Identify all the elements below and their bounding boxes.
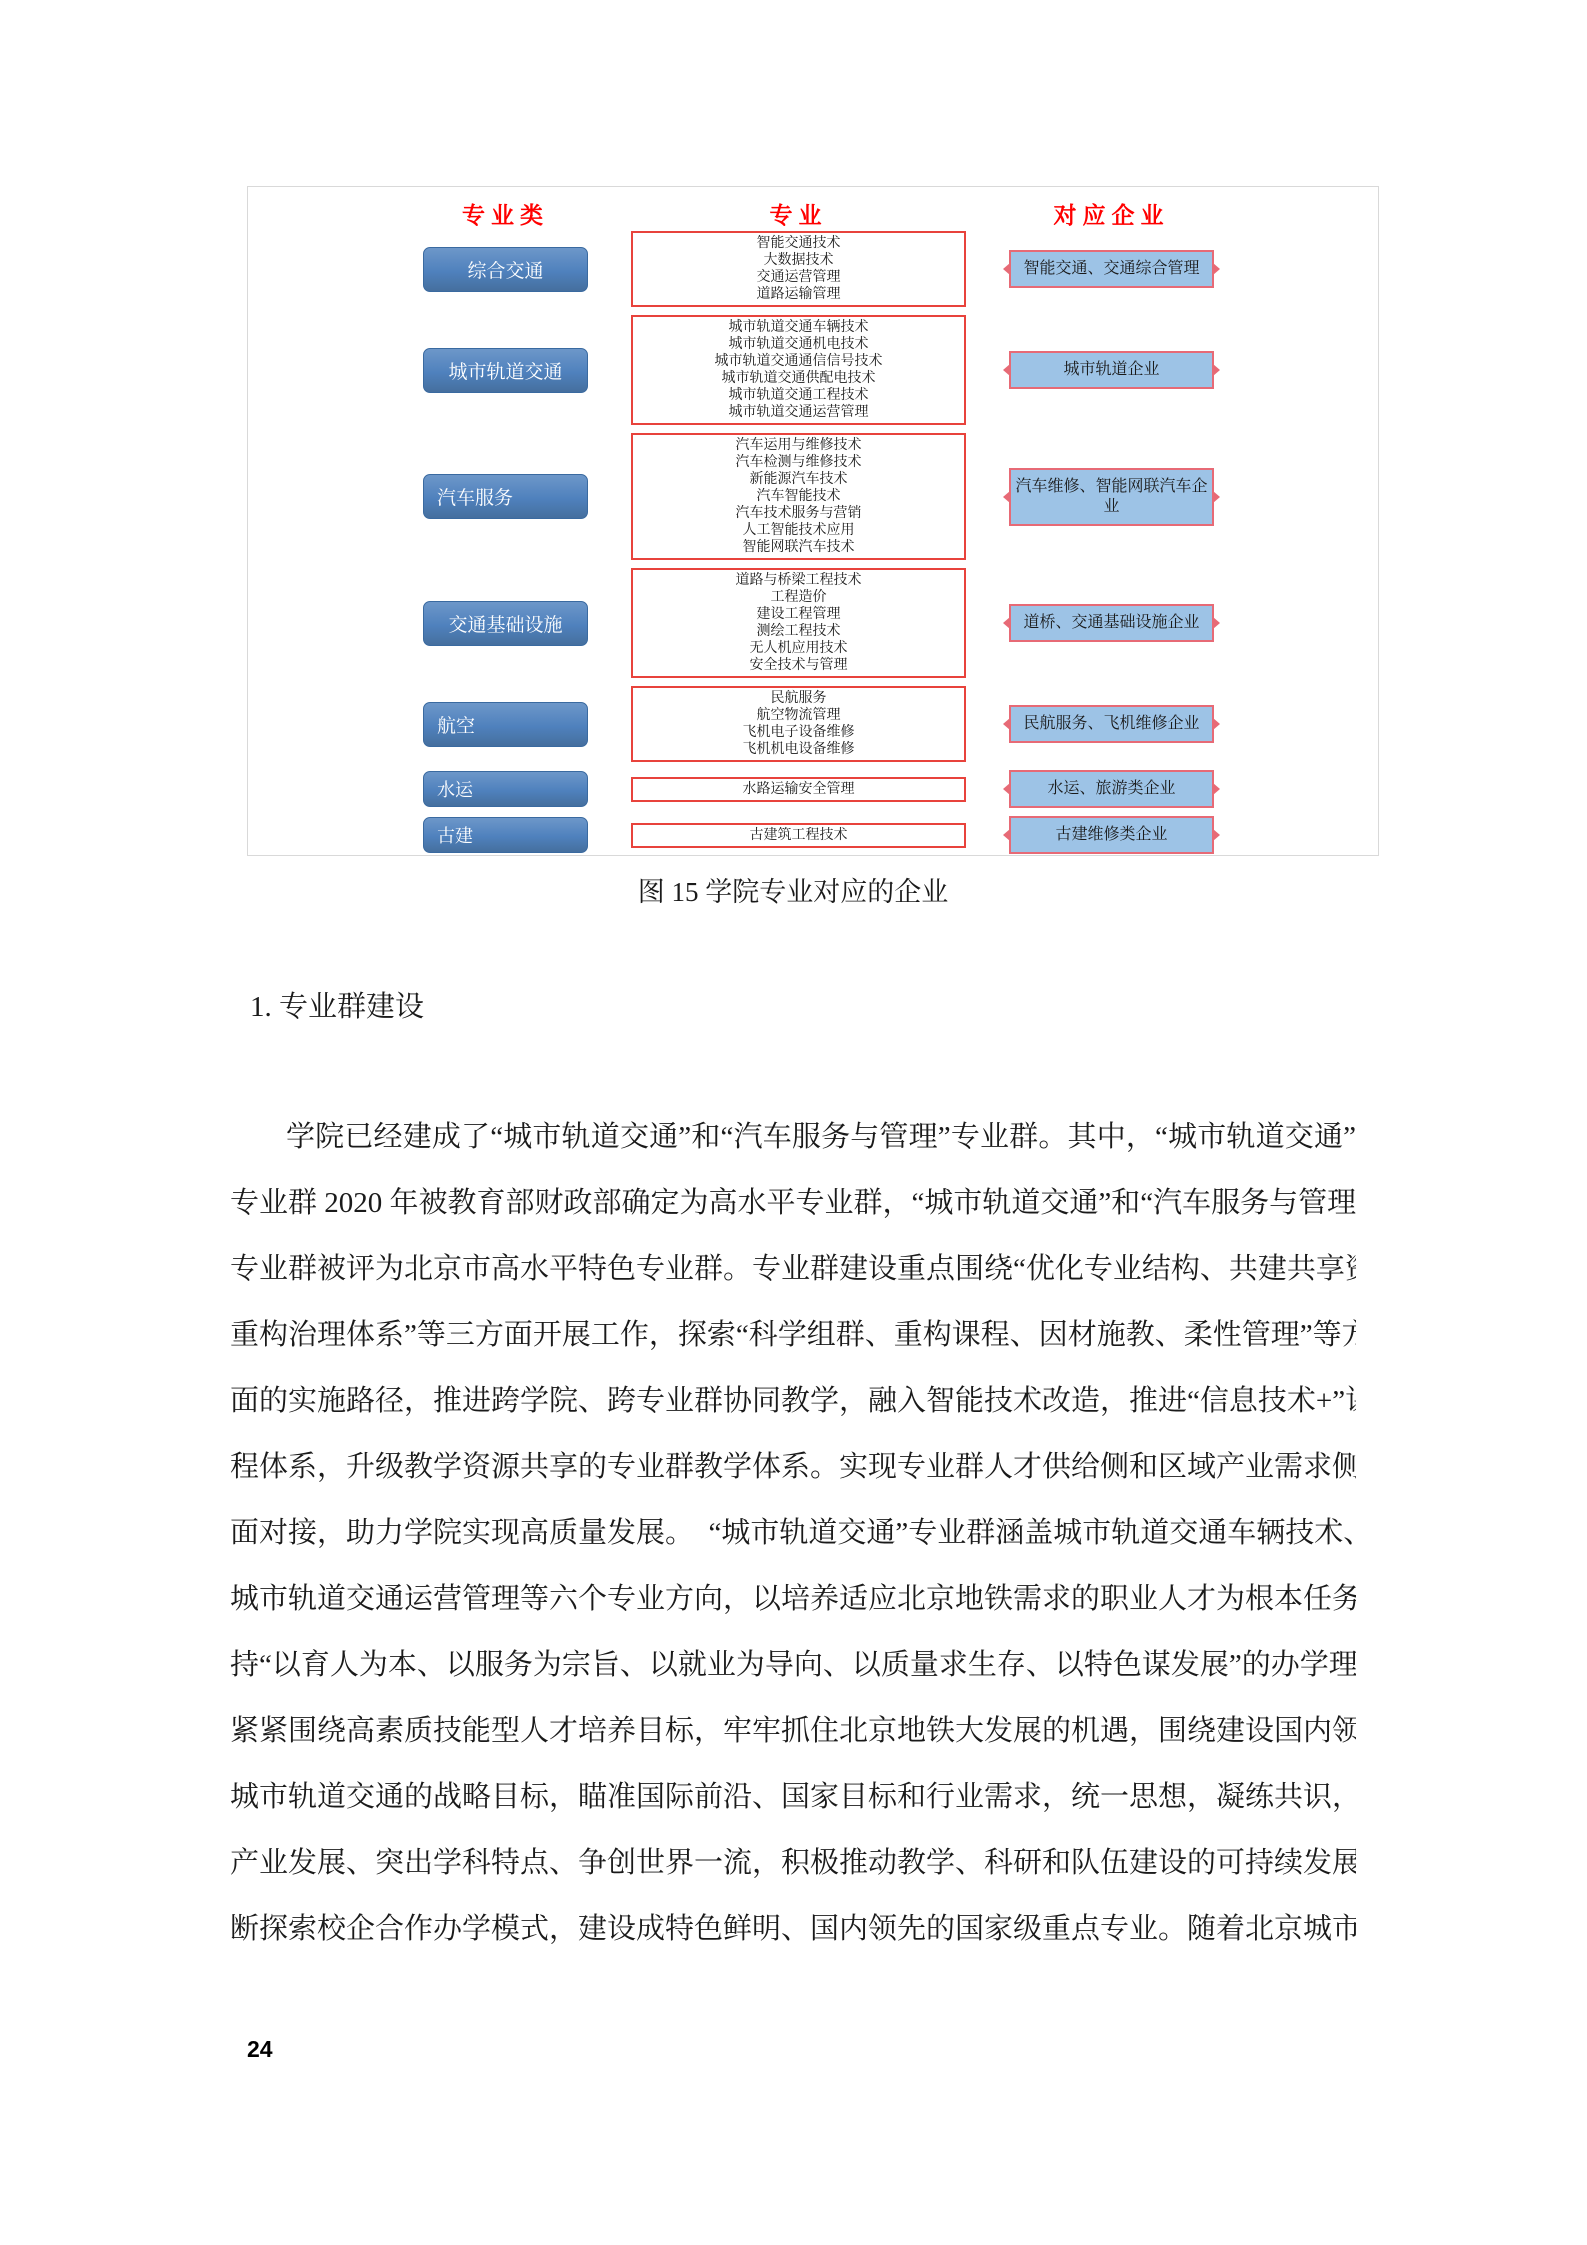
category-button: 汽车服务 — [423, 474, 588, 519]
paragraph-line: 持“以育人为本、以服务为宗旨、以就业为导向、以质量求生存、以特色谋发展”的办学理… — [230, 1632, 1356, 1698]
major-item: 城市轨道交通运营管理 — [637, 404, 960, 421]
figure-row: 综合交通 智能交通技术大数据技术交通运营管理道路运输管理 智能交通、交通综合管理 — [248, 231, 1378, 307]
page-number: 24 — [247, 2036, 273, 2063]
major-item: 航空物流管理 — [637, 707, 960, 724]
paragraph-line: 重构治理体系”等三方面开展工作，探索“科学组群、重构课程、因材施教、柔性管理”等… — [230, 1302, 1356, 1368]
enterprise-label: 道桥、交通基础设施企业 — [1023, 614, 1199, 631]
majors-box: 水路运输安全管理 — [631, 777, 966, 802]
major-item: 汽车技术服务与营销 — [637, 505, 960, 522]
major-item: 道路运输管理 — [637, 286, 960, 303]
major-item: 建设工程管理 — [637, 606, 960, 623]
enterprise-box: 古建维修类企业 — [1009, 816, 1214, 854]
paragraph-line: 程体系，升级教学资源共享的专业群教学体系。实现专业群人才供给侧和区域产业需求侧的… — [230, 1434, 1356, 1500]
figure-caption: 图 15 学院专业对应的企业 — [230, 872, 1356, 912]
paragraph-line: 紧紧围绕高素质技能型人才培养目标，牢牢抓住北京地铁大发展的机遇，围绕建设国内领先… — [230, 1698, 1356, 1764]
majors-box: 民航服务航空物流管理飞机电子设备维修飞机机电设备维修 — [631, 686, 966, 762]
majors-box: 汽车运用与维修技术汽车检测与维修技术新能源汽车技术汽车智能技术汽车技术服务与营销… — [631, 433, 966, 560]
paragraph-line: 专业群被评为北京市高水平特色专业群。专业群建设重点围绕“优化专业结构、共建共享资… — [230, 1236, 1356, 1302]
enterprise-label: 水运、旅游类企业 — [1047, 780, 1175, 797]
major-item: 交通运营管理 — [637, 269, 960, 286]
enterprise-box: 民航服务、飞机维修企业 — [1009, 705, 1214, 743]
section-heading: 1. 专业群建设 — [250, 986, 424, 1028]
category-button: 航空 — [423, 702, 588, 747]
enterprise-box: 智能交通、交通综合管理 — [1009, 250, 1214, 288]
major-item: 大数据技术 — [637, 252, 960, 269]
enterprise-label: 民航服务、飞机维修企业 — [1023, 715, 1199, 732]
enterprise-cell: 民航服务、飞机维修企业 — [1009, 705, 1214, 743]
major-item: 汽车运用与维修技术 — [637, 437, 960, 454]
majors-box: 智能交通技术大数据技术交通运营管理道路运输管理 — [631, 231, 966, 307]
major-item: 智能交通技术 — [637, 235, 960, 252]
major-item: 城市轨道交通工程技术 — [637, 387, 960, 404]
enterprise-cell: 汽车维修、智能网联汽车企业 — [1009, 468, 1214, 526]
figure-majors-enterprises: 专业类 专业 对应企业 综合交通 智能交通技术大数据技术交通运营管理道路运输管理… — [247, 186, 1379, 856]
category-button: 水运 — [423, 771, 588, 807]
major-item: 城市轨道交通车辆技术 — [637, 319, 960, 336]
majors-box: 城市轨道交通车辆技术城市轨道交通机电技术城市轨道交通通信信号技术城市轨道交通供配… — [631, 315, 966, 425]
enterprise-box: 道桥、交通基础设施企业 — [1009, 604, 1214, 642]
major-item: 飞机电子设备维修 — [637, 724, 960, 741]
column-header-major: 专业 — [631, 197, 966, 230]
column-header-enterprise: 对应企业 — [1009, 197, 1214, 230]
majors-box: 道路与桥梁工程技术工程造价建设工程管理测绘工程技术无人机应用技术安全技术与管理 — [631, 568, 966, 678]
category-button: 综合交通 — [423, 247, 588, 292]
figure-rows: 综合交通 智能交通技术大数据技术交通运营管理道路运输管理 智能交通、交通综合管理… — [248, 231, 1378, 854]
document-page: 专业类 专业 对应企业 综合交通 智能交通技术大数据技术交通运营管理道路运输管理… — [0, 0, 1587, 2245]
enterprise-label: 智能交通、交通综合管理 — [1023, 260, 1199, 277]
major-item: 古建筑工程技术 — [637, 827, 960, 844]
category-button: 交通基础设施 — [423, 601, 588, 646]
category-button: 城市轨道交通 — [423, 348, 588, 393]
majors-box: 古建筑工程技术 — [631, 823, 966, 848]
figure-row: 汽车服务 汽车运用与维修技术汽车检测与维修技术新能源汽车技术汽车智能技术汽车技术… — [248, 433, 1378, 560]
paragraph-line: 学院已经建成了“城市轨道交通”和“汽车服务与管理”专业群。其中，“城市轨道交通” — [230, 1104, 1356, 1170]
major-item: 工程造价 — [637, 589, 960, 606]
paragraph-line: 城市轨道交通运营管理等六个专业方向，以培养适应北京地铁需求的职业人才为根本任务，… — [230, 1566, 1356, 1632]
major-item: 城市轨道交通通信信号技术 — [637, 353, 960, 370]
paragraph-line: 面的实施路径，推进跨学院、跨专业群协同教学，融入智能技术改造，推进“信息技术+”… — [230, 1368, 1356, 1434]
category-button: 古建 — [423, 817, 588, 853]
enterprise-label: 古建维修类企业 — [1055, 826, 1167, 843]
major-item: 汽车智能技术 — [637, 488, 960, 505]
paragraph-line: 产业发展、突出学科特点、争创世界一流，积极推动教学、科研和队伍建设的可持续发展；… — [230, 1830, 1356, 1896]
paragraph-line: 专业群 2020 年被教育部财政部确定为高水平专业群，“城市轨道交通”和“汽车服… — [230, 1170, 1356, 1236]
major-item: 无人机应用技术 — [637, 640, 960, 657]
enterprise-box: 城市轨道企业 — [1009, 351, 1214, 389]
figure-row: 交通基础设施 道路与桥梁工程技术工程造价建设工程管理测绘工程技术无人机应用技术安… — [248, 568, 1378, 678]
enterprise-cell: 智能交通、交通综合管理 — [1009, 250, 1214, 288]
paragraph-line: 断探索校企合作办学模式，建设成特色鲜明、国内领先的国家级重点专业。随着北京城市轨… — [230, 1896, 1356, 1962]
enterprise-cell: 古建维修类企业 — [1009, 816, 1214, 854]
figure-row: 古建 古建筑工程技术 古建维修类企业 — [248, 816, 1378, 854]
major-item: 智能网联汽车技术 — [637, 539, 960, 556]
major-item: 城市轨道交通机电技术 — [637, 336, 960, 353]
paragraph-line: 面对接，助力学院实现高质量发展。 “城市轨道交通”专业群涵盖城市轨道交通车辆技术… — [230, 1500, 1356, 1566]
body-paragraph: 学院已经建成了“城市轨道交通”和“汽车服务与管理”专业群。其中，“城市轨道交通”… — [230, 1104, 1356, 1962]
enterprise-box: 水运、旅游类企业 — [1009, 770, 1214, 808]
major-item: 人工智能技术应用 — [637, 522, 960, 539]
major-item: 汽车检测与维修技术 — [637, 454, 960, 471]
figure-row: 城市轨道交通 城市轨道交通车辆技术城市轨道交通机电技术城市轨道交通通信信号技术城… — [248, 315, 1378, 425]
paragraph-line: 城市轨道交通的战略目标，瞄准国际前沿、国家目标和行业需求，统一思想，凝练共识，适… — [230, 1764, 1356, 1830]
enterprise-box: 汽车维修、智能网联汽车企业 — [1009, 468, 1214, 526]
enterprise-cell: 城市轨道企业 — [1009, 351, 1214, 389]
major-item: 民航服务 — [637, 690, 960, 707]
figure-row: 水运 水路运输安全管理 水运、旅游类企业 — [248, 770, 1378, 808]
major-item: 道路与桥梁工程技术 — [637, 572, 960, 589]
column-header-category: 专业类 — [423, 197, 588, 230]
major-item: 飞机机电设备维修 — [637, 741, 960, 758]
enterprise-label: 城市轨道企业 — [1063, 361, 1159, 378]
enterprise-label: 汽车维修、智能网联汽车企业 — [1015, 478, 1207, 515]
figure-row: 航空 民航服务航空物流管理飞机电子设备维修飞机机电设备维修 民航服务、飞机维修企… — [248, 686, 1378, 762]
enterprise-cell: 道桥、交通基础设施企业 — [1009, 604, 1214, 642]
enterprise-cell: 水运、旅游类企业 — [1009, 770, 1214, 808]
major-item: 新能源汽车技术 — [637, 471, 960, 488]
major-item: 水路运输安全管理 — [637, 781, 960, 798]
major-item: 测绘工程技术 — [637, 623, 960, 640]
major-item: 城市轨道交通供配电技术 — [637, 370, 960, 387]
major-item: 安全技术与管理 — [637, 657, 960, 674]
